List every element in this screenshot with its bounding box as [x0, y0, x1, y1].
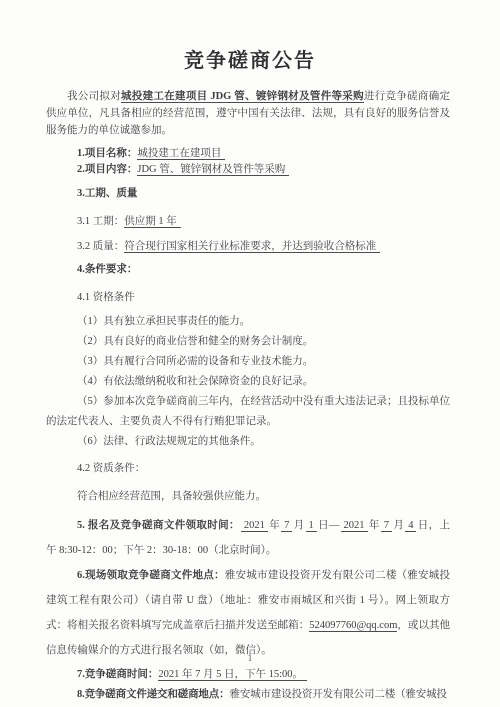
intro-prefix: 我公司拟对: [67, 91, 121, 102]
signup-start-day: 1: [306, 520, 317, 532]
signup-end-year: 2021: [341, 520, 368, 532]
item-quality-value: 符合现行国家相关行业标准要求，并达到验收合格标准: [124, 241, 380, 253]
condition-item-6: （6）法律、行政法规规定的其他条件。: [46, 432, 450, 452]
signup-start-year: 2021: [241, 520, 268, 532]
item-consult-time: 7.竞争磋商时间：2021 年 7 月 5 日，下午 15:00。: [77, 665, 450, 685]
signup-dash-unit: 日—: [318, 520, 340, 531]
item-consult-time-value: 2021 年 7 月 5 日，下午 15:00。: [158, 669, 307, 681]
item-project-name-label: 1.项目名称：: [77, 148, 137, 159]
aptitude-value: 符合相应经营范围，具备较强供应能力。: [77, 487, 450, 507]
item-quality-label: 3.2 质量：: [77, 241, 124, 252]
heading-qualification: 4.1 资格条件: [77, 289, 450, 306]
page-number: 1: [0, 653, 500, 663]
item-duration-value: 供应期 1 年: [124, 216, 181, 228]
signup-end-day: 4: [405, 520, 416, 532]
signup-month-unit-2: 月: [393, 520, 404, 531]
item-duration-label: 3.1 工期：: [77, 216, 124, 227]
condition-item-3: （3）具有履行合同所必需的设备和专业技术能力。: [46, 352, 450, 372]
document-page: 竞争磋商公告 我公司拟对城投建工在建项目 JDG 管、镀锌钢材及管件等采购进行竞…: [0, 0, 500, 707]
document-body: 我公司拟对城投建工在建项目 JDG 管、镀锌钢材及管件等采购进行竞争磋商确定供应…: [0, 88, 500, 705]
signup-year-unit: 年: [269, 520, 280, 531]
signup-end-month: 7: [381, 520, 392, 532]
item-signup-time: 5. 报名及竞争磋商文件领取时间：2021年7月1日—2021年7月4日，上午 …: [46, 513, 450, 563]
condition-item-5: （5）参加本次竞争磋商前三年内，在经营活动中没有重大违法记录；且投标单位的法定代…: [46, 392, 450, 432]
item-quality: 3.2 质量：符合现行国家相关行业标准要求，并达到验收合格标准: [77, 238, 450, 255]
item-submit-place: 8.竞争磋商文件递交和磋商地点：雅安城市建设投资开发有限公司二楼（雅安城投: [46, 685, 450, 705]
condition-item-4: （4）有依法缴纳税收和社会保障资金的良好记录。: [46, 372, 450, 392]
item-pickup-place: 6.现场领取竞争磋商文件地点：雅安城市建设投资开发有限公司二楼（雅安城投建筑工程…: [46, 563, 450, 663]
heading-duration-quality: 3.工期、质量: [77, 185, 450, 202]
intro-paragraph: 我公司拟对城投建工在建项目 JDG 管、镀锌钢材及管件等采购进行竞争磋商确定供应…: [46, 88, 450, 139]
item-project-content-value: JDG 管、镀锌钢材及管件等采购: [137, 164, 289, 176]
item-project-name-value: 城投建工在建项目: [137, 148, 225, 160]
signup-start-month: 7: [281, 520, 292, 532]
item-pickup-place-label: 6.现场领取竞争磋商文件地点：: [77, 570, 225, 581]
item-project-content: 2.项目内容：JDG 管、镀锌钢材及管件等采购: [77, 162, 450, 178]
signup-time-tail: 8:30-12：00；下午 2：30-18：00（北京时间）。: [59, 545, 276, 556]
condition-item-2: （2）具有良好的商业信誉和健全的财务会计制度。: [46, 332, 450, 352]
heading-requirements: 4.条件要求：: [77, 261, 450, 278]
page-title: 竞争磋商公告: [0, 44, 500, 73]
item-project-content-label: 2.项目内容：: [77, 164, 137, 175]
item-signup-time-label: 5. 报名及竞争磋商文件领取时间：: [77, 520, 240, 531]
signup-month-unit: 月: [293, 520, 304, 531]
project-items: 1.项目名称：城投建工在建项目 2.项目内容：JDG 管、镀锌钢材及管件等采购: [77, 146, 450, 177]
condition-list: （1）具有独立承担民事责任的能力。 （2）具有良好的商业信誉和健全的财务会计制度…: [46, 312, 450, 452]
signup-year-unit-2: 年: [369, 520, 380, 531]
pickup-email: 524097760@qq.com: [309, 620, 397, 632]
intro-project-highlight: 城投建工在建项目 JDG 管、镀锌钢材及管件等采购: [121, 91, 364, 103]
item-project-name: 1.项目名称：城投建工在建项目: [77, 146, 450, 162]
item-duration: 3.1 工期：供应期 1 年: [77, 213, 450, 230]
heading-aptitude: 4.2 资质条件：: [77, 459, 450, 479]
item-consult-time-label: 7.竞争磋商时间：: [77, 669, 158, 680]
item-submit-place-label: 8.竞争磋商文件递交和磋商地点：: [77, 689, 229, 700]
condition-item-1: （1）具有独立承担民事责任的能力。: [46, 312, 450, 332]
item-submit-place-value: 雅安城市建设投资开发有限公司二楼（雅安城投: [229, 689, 446, 700]
